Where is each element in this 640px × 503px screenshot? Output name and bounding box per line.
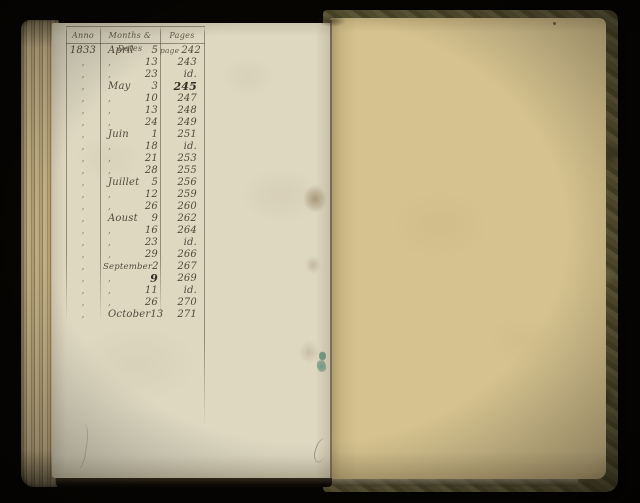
day-cell: 23 xyxy=(141,237,160,249)
month-day-cell: ‚23 xyxy=(100,69,160,81)
month-cell: ‚ xyxy=(100,201,141,213)
page-number-cell: 256 xyxy=(160,177,204,189)
month-cell: ‚ xyxy=(100,189,141,201)
day-cell: 18 xyxy=(141,141,160,153)
table-row: ‚May3245 xyxy=(66,81,206,93)
year-cell: ‚ xyxy=(66,69,100,81)
day-cell: 13 xyxy=(141,105,160,117)
year-cell: ‚ xyxy=(66,201,100,213)
month-day-cell: ‚28 xyxy=(100,165,160,177)
year-cell: ‚ xyxy=(66,105,100,117)
day-cell: 5 xyxy=(141,177,160,189)
day-cell: 9 xyxy=(141,213,160,225)
page-number-cell: 270 xyxy=(160,297,204,309)
month-day-cell: ‚21 xyxy=(100,153,160,165)
month-cell: May xyxy=(100,81,141,93)
month-cell: Juillet xyxy=(100,177,141,189)
page-number-cell: 262 xyxy=(160,213,204,225)
table-row: ‚‚12259 xyxy=(66,189,206,201)
month-day-cell: ‚13 xyxy=(100,105,160,117)
month-cell: ‚ xyxy=(100,105,141,117)
year-cell: ‚ xyxy=(66,189,100,201)
day-cell: 11 xyxy=(141,285,160,297)
table-row: ‚‚18id. xyxy=(66,141,206,153)
table-row: ‚Aoust9262 xyxy=(66,213,206,225)
year-cell: ‚ xyxy=(66,309,100,321)
page-number-cell: 249 xyxy=(160,117,204,129)
page-number-cell: 260 xyxy=(160,201,204,213)
year-cell: ‚ xyxy=(66,237,100,249)
year-cell: ‚ xyxy=(66,297,100,309)
month-day-cell: ‚10 xyxy=(100,93,160,105)
day-cell: 9 xyxy=(141,273,160,285)
page-number-cell: 247 xyxy=(160,93,204,105)
header-pages: Pages xyxy=(160,29,204,42)
table-rows: 1833April5page242‚‚13243‚‚23id.‚May3245‚… xyxy=(66,45,206,321)
year-cell: ‚ xyxy=(66,213,100,225)
month-day-cell: ‚24 xyxy=(100,117,160,129)
month-cell: ‚ xyxy=(100,285,141,297)
table-row: ‚‚29266 xyxy=(66,249,206,261)
month-cell: Juin xyxy=(100,129,141,141)
year-cell: ‚ xyxy=(66,261,100,273)
month-cell: ‚ xyxy=(100,153,141,165)
page-number-cell: 266 xyxy=(160,249,204,261)
month-day-cell: ‚11 xyxy=(100,285,160,297)
ink-stain xyxy=(303,185,327,213)
page-number-cell: page242 xyxy=(160,45,204,57)
month-cell: ‚ xyxy=(100,57,141,69)
year-cell: ‚ xyxy=(66,129,100,141)
table-row: ‚‚26260 xyxy=(66,201,206,213)
table-row: ‚‚9269 xyxy=(66,273,206,285)
month-cell: ‚ xyxy=(100,93,141,105)
page-number-cell: 264 xyxy=(160,225,204,237)
page-number-cell: 271 xyxy=(160,309,204,321)
year-cell: ‚ xyxy=(66,225,100,237)
month-cell: ‚ xyxy=(100,273,141,285)
month-day-cell: October13 xyxy=(100,309,160,321)
table-row: ‚‚10247 xyxy=(66,93,206,105)
year-cell: ‚ xyxy=(66,81,100,93)
table-row: ‚‚13243 xyxy=(66,57,206,69)
day-cell: 12 xyxy=(141,189,160,201)
table-row: ‚‚28255 xyxy=(66,165,206,177)
ink-stain xyxy=(299,340,319,364)
month-cell: Aoust xyxy=(100,213,141,225)
page-speck xyxy=(553,22,556,25)
month-day-cell: May3 xyxy=(100,81,160,93)
page-number-cell: 251 xyxy=(160,129,204,141)
table-row: ‚‚11id. xyxy=(66,285,206,297)
year-cell: ‚ xyxy=(66,117,100,129)
year-cell: ‚ xyxy=(66,57,100,69)
month-cell: ‚ xyxy=(100,69,141,81)
month-day-cell: Juin1 xyxy=(100,129,160,141)
year-cell: ‚ xyxy=(66,273,100,285)
month-cell: ‚ xyxy=(100,225,141,237)
year-cell: 1833 xyxy=(66,45,100,57)
month-cell: October xyxy=(100,309,150,321)
day-cell: 1 xyxy=(141,129,160,141)
book-gutter xyxy=(330,20,332,478)
table-row: ‚‚26270 xyxy=(66,297,206,309)
day-cell: 10 xyxy=(141,93,160,105)
table-row: ‚Juin1251 xyxy=(66,129,206,141)
cover-bottom-edge xyxy=(332,479,578,486)
table-row: ‚‚21253 xyxy=(66,153,206,165)
month-day-cell: ‚26 xyxy=(100,201,160,213)
table-row: ‚‚13248 xyxy=(66,105,206,117)
month-cell: ‚ xyxy=(100,117,141,129)
right-blank-page xyxy=(330,18,606,479)
table-row: ‚‚16264 xyxy=(66,225,206,237)
page-number-cell: 259 xyxy=(160,189,204,201)
page-number-cell: 255 xyxy=(160,165,204,177)
ink-stain xyxy=(305,256,321,274)
page-number-cell: 248 xyxy=(160,105,204,117)
year-cell: ‚ xyxy=(66,177,100,189)
month-day-cell: ‚26 xyxy=(100,297,160,309)
year-cell: ‚ xyxy=(66,153,100,165)
table-row: ‚Juillet5256 xyxy=(66,177,206,189)
page-number-cell: 253 xyxy=(160,153,204,165)
month-cell: ‚ xyxy=(100,249,141,261)
month-cell: April xyxy=(100,45,141,57)
table-rule-header-top xyxy=(66,26,205,27)
year-cell: ‚ xyxy=(66,93,100,105)
month-day-cell: ‚16 xyxy=(100,225,160,237)
table-row: ‚October13271 xyxy=(66,309,206,321)
month-cell: ‚ xyxy=(100,165,141,177)
year-cell: ‚ xyxy=(66,141,100,153)
month-day-cell: ‚13 xyxy=(100,57,160,69)
day-cell: 26 xyxy=(141,201,160,213)
month-day-cell: ‚18 xyxy=(100,141,160,153)
header-anno: Anno xyxy=(66,29,100,42)
month-day-cell: Juillet5 xyxy=(100,177,160,189)
book-photograph: Anno Months & Dates Pages 1833April5page… xyxy=(0,0,640,503)
day-cell: 21 xyxy=(141,153,160,165)
page-number-cell: 267 xyxy=(160,261,204,273)
month-cell: September xyxy=(100,261,152,273)
day-cell: 5 xyxy=(141,45,160,57)
header-months-dates: Months & Dates xyxy=(100,29,160,42)
day-cell: 3 xyxy=(141,81,160,93)
month-day-cell: ‚29 xyxy=(100,249,160,261)
day-cell: 28 xyxy=(141,165,160,177)
month-day-cell: ‚23 xyxy=(100,237,160,249)
day-cell: 24 xyxy=(141,117,160,129)
page-number-cell: id. xyxy=(160,237,204,249)
page-word-label: page xyxy=(160,46,179,55)
year-cell: ‚ xyxy=(66,285,100,297)
day-cell: 29 xyxy=(141,249,160,261)
year-cell: ‚ xyxy=(66,249,100,261)
day-cell: 26 xyxy=(141,297,160,309)
page-number-cell: 269 xyxy=(160,273,204,285)
gutter-smudge xyxy=(318,15,346,27)
table-row: ‚‚24249 xyxy=(66,117,206,129)
month-cell: ‚ xyxy=(100,141,141,153)
page-number-cell: 245 xyxy=(160,81,204,93)
month-cell: ‚ xyxy=(100,237,141,249)
month-day-cell: ‚12 xyxy=(100,189,160,201)
day-cell: 13 xyxy=(141,57,160,69)
month-day-cell: April5 xyxy=(100,45,160,57)
page-number-cell: id. xyxy=(160,285,204,297)
table-row: ‚‚23id. xyxy=(66,237,206,249)
day-cell: 23 xyxy=(141,69,160,81)
left-page-bottom-shadow xyxy=(56,477,332,487)
year-cell: ‚ xyxy=(66,165,100,177)
day-cell: 16 xyxy=(141,225,160,237)
table-row: 1833April5page242 xyxy=(66,45,206,57)
month-day-cell: Aoust9 xyxy=(100,213,160,225)
table-row: ‚September2267 xyxy=(66,261,206,273)
page-number-cell: id. xyxy=(160,141,204,153)
page-number-cell: 243 xyxy=(160,57,204,69)
month-cell: ‚ xyxy=(100,297,141,309)
month-day-cell: ‚9 xyxy=(100,273,160,285)
